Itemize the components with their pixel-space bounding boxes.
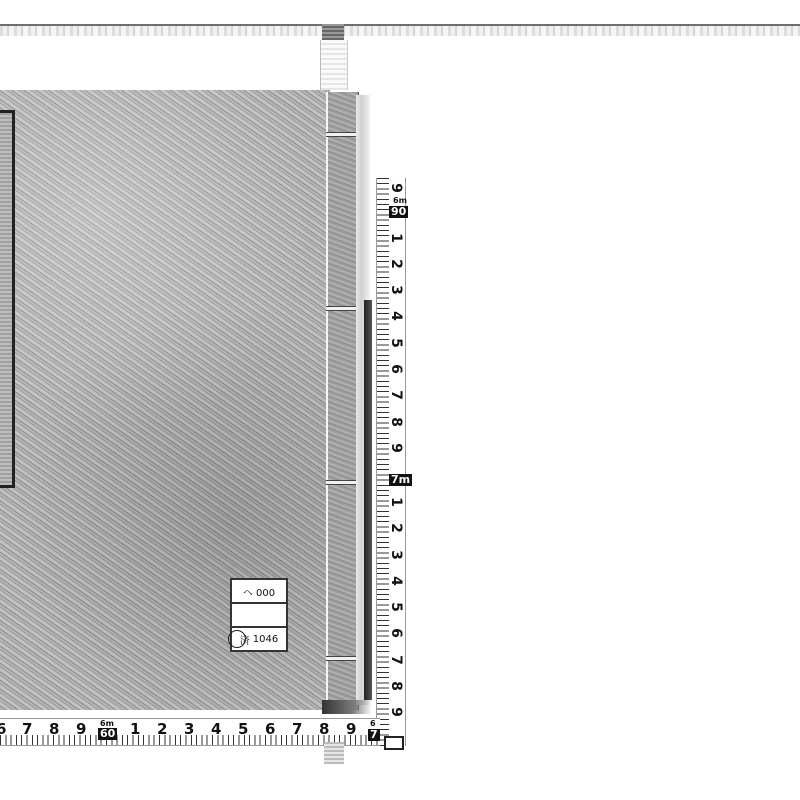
- ruler-number: 5: [388, 598, 404, 616]
- ruler-number: 1: [130, 720, 140, 738]
- ruler-badge: 60: [98, 728, 117, 740]
- ruler-unit-mark: 6: [370, 719, 376, 728]
- ruler-number: 4: [388, 307, 404, 325]
- ruler-number: 2: [388, 255, 404, 273]
- ruler-number: 2: [388, 519, 404, 537]
- ruler-number: 9: [388, 703, 404, 721]
- ruler-unit-mark: 6m: [393, 196, 407, 205]
- ruler-number: 9: [76, 720, 86, 738]
- ruler-number: 4: [211, 720, 221, 738]
- ruler-number: 5: [238, 720, 248, 738]
- ruler-number: 7: [292, 720, 302, 738]
- horizontal-ruler: 6 7 8 9 6m 60 1 2 3 4 5 6 7 8 9 6 7: [0, 718, 380, 746]
- label-row-classification: ヘ 000: [232, 580, 286, 604]
- binding-stitch: [326, 306, 356, 311]
- round-stamp-icon: [228, 630, 246, 648]
- vertical-ruler: 9 6m 90 1 2 3 4 5 6 7 8 9 7m 1 2 3 4 5 6…: [376, 178, 406, 746]
- ruler-number: 6: [0, 720, 6, 738]
- ruler-number: 9: [388, 439, 404, 457]
- title-slip: [0, 110, 15, 488]
- binding-stitch: [326, 132, 356, 137]
- ruler-number: 2: [157, 720, 167, 738]
- ruler-number: 8: [49, 720, 59, 738]
- ruler-badge: 7: [368, 729, 380, 741]
- label-row-blank: [232, 604, 286, 628]
- vertical-paper-strip: [320, 40, 348, 90]
- ruler-number: 3: [184, 720, 194, 738]
- ruler-number: 5: [388, 334, 404, 352]
- ruler-corner-mark: [384, 736, 404, 750]
- ruler-number: 4: [388, 572, 404, 590]
- binding-stitch: [326, 656, 356, 661]
- cover-shadow: [364, 300, 372, 700]
- bottom-paper-strip: [324, 742, 344, 764]
- ruler-number: 8: [388, 413, 404, 431]
- ruler-number: 1: [388, 229, 404, 247]
- ruler-number: 6: [388, 360, 404, 378]
- ruler-number: 9: [388, 179, 404, 197]
- ruler-number: 7: [388, 386, 404, 404]
- ruler-badge: 7m: [389, 474, 412, 486]
- ruler-number: 7: [388, 651, 404, 669]
- label-accession-number: 1046: [253, 634, 278, 645]
- ruler-number: 6: [388, 624, 404, 642]
- ruler-number: 3: [388, 546, 404, 564]
- ruler-badge: 90: [389, 206, 408, 218]
- scan-top-edge: [0, 24, 800, 36]
- book-spine-binding: [326, 92, 359, 710]
- bottom-shadow: [322, 700, 372, 714]
- ruler-number: 1: [388, 493, 404, 511]
- ruler-number: 8: [319, 720, 329, 738]
- ruler-number: 8: [388, 677, 404, 695]
- ruler-number: 9: [346, 720, 356, 738]
- ruler-number: 3: [388, 281, 404, 299]
- binding-stitch: [326, 480, 356, 485]
- ruler-number: 6: [265, 720, 275, 738]
- ruler-number: 7: [22, 720, 32, 738]
